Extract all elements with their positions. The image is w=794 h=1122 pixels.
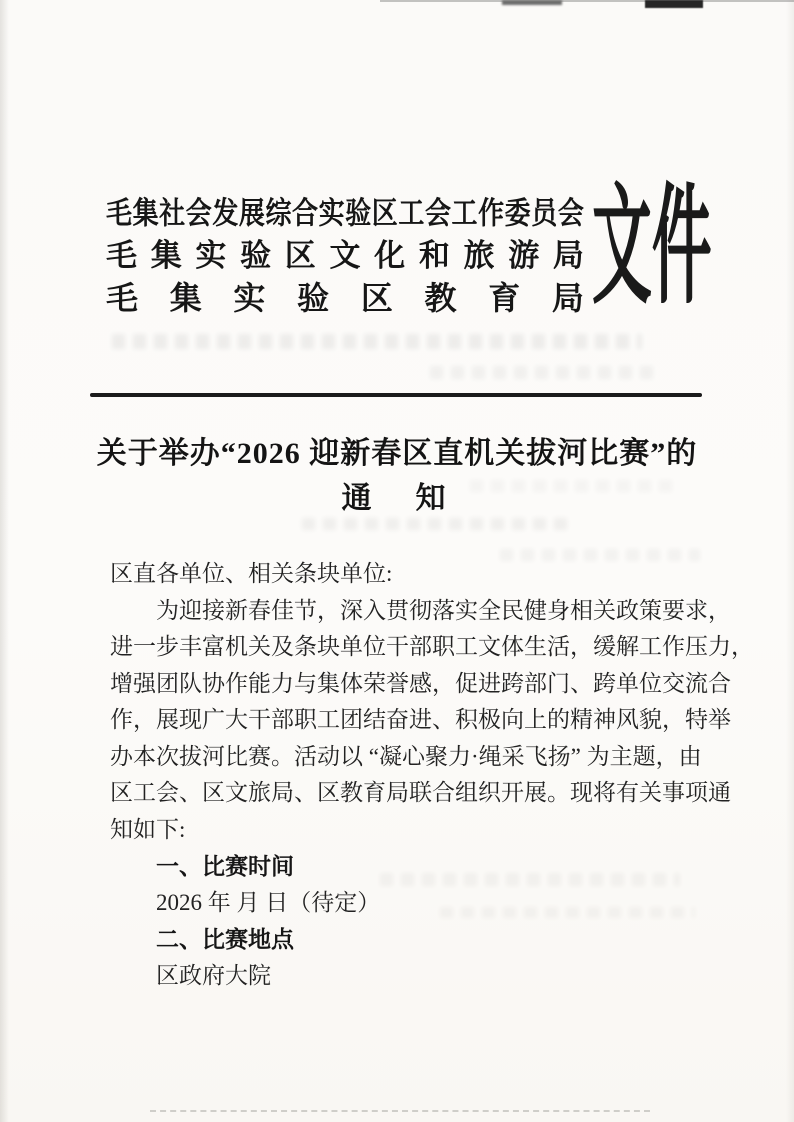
body-line: 作，展现广大干部职工团结奋进、积极向上的精神风貌，特举 bbox=[110, 702, 710, 739]
section-competition-venue: 二、比赛地点 区政府大院 bbox=[110, 921, 710, 994]
body-line: 区工会、区文旅局、区教育局联合组织开展。现将有关事项通 bbox=[110, 775, 710, 812]
section-heading: 二、比赛地点 bbox=[110, 921, 710, 958]
scan-edge-right-shadow bbox=[786, 0, 794, 1122]
scan-top-smudge bbox=[502, 0, 562, 5]
notice-title: 关于举办“2026 迎新春区直机关拔河比赛”的 通 知 bbox=[0, 431, 794, 521]
org-name-culture-tourism-bureau: 毛集实验区文化和旅游局 bbox=[106, 239, 584, 272]
notice-title-line2: 通 知 bbox=[342, 482, 453, 515]
section-content: 区政府大院 bbox=[110, 958, 710, 995]
org-name-education-bureau: 毛集实验区教育局 bbox=[106, 281, 584, 316]
body-line: 进一步丰富机关及条块单位干部职工文体生活，缓解工作压力， bbox=[110, 629, 710, 666]
scan-edge-left-shadow bbox=[0, 0, 9, 1122]
section-heading: 一、比赛时间 bbox=[110, 848, 710, 885]
body-line: 为迎接新春佳节，深入贯彻落实全民健身相关政策要求， bbox=[110, 593, 710, 630]
bleed-through-ghost-text bbox=[430, 366, 660, 379]
body-line: 办本次拔河比赛。活动以 “凝心聚力·绳采飞扬” 为主题，由 bbox=[110, 739, 710, 776]
section-competition-time: 一、比赛时间 2026 年 月 日（待定） bbox=[110, 848, 710, 921]
scan-top-hairline bbox=[380, 0, 794, 2]
notice-body: 区直各单位、相关条块单位: 为迎接新春佳节，深入贯彻落实全民健身相关政策要求， … bbox=[110, 556, 710, 994]
scan-top-smudge bbox=[645, 0, 703, 8]
bleed-through-ghost-text bbox=[112, 334, 642, 349]
section-content: 2026 年 月 日（待定） bbox=[110, 885, 710, 922]
notice-title-line1: 关于举办“2026 迎新春区直机关拔河比赛”的 bbox=[97, 437, 698, 470]
letterhead-divider-rule bbox=[90, 393, 702, 397]
body-line: 增强团队协作能力与集体荣誉感，促进跨部门、跨单位交流合 bbox=[110, 666, 710, 703]
scan-bottom-dotted-line bbox=[150, 1110, 650, 1112]
document-page: 毛集社会发展综合实验区工会工作委员会 毛集实验区文化和旅游局 毛集实验区教育局 … bbox=[0, 0, 794, 1122]
body-line: 知如下: bbox=[110, 812, 710, 849]
issuing-organizations: 毛集社会发展综合实验区工会工作委员会 毛集实验区文化和旅游局 毛集实验区教育局 bbox=[106, 197, 584, 316]
document-mark-wenjian: 文件 bbox=[592, 183, 712, 315]
salutation: 区直各单位、相关条块单位: bbox=[110, 556, 710, 593]
org-name-union-committee: 毛集社会发展综合实验区工会工作委员会 bbox=[106, 194, 584, 233]
